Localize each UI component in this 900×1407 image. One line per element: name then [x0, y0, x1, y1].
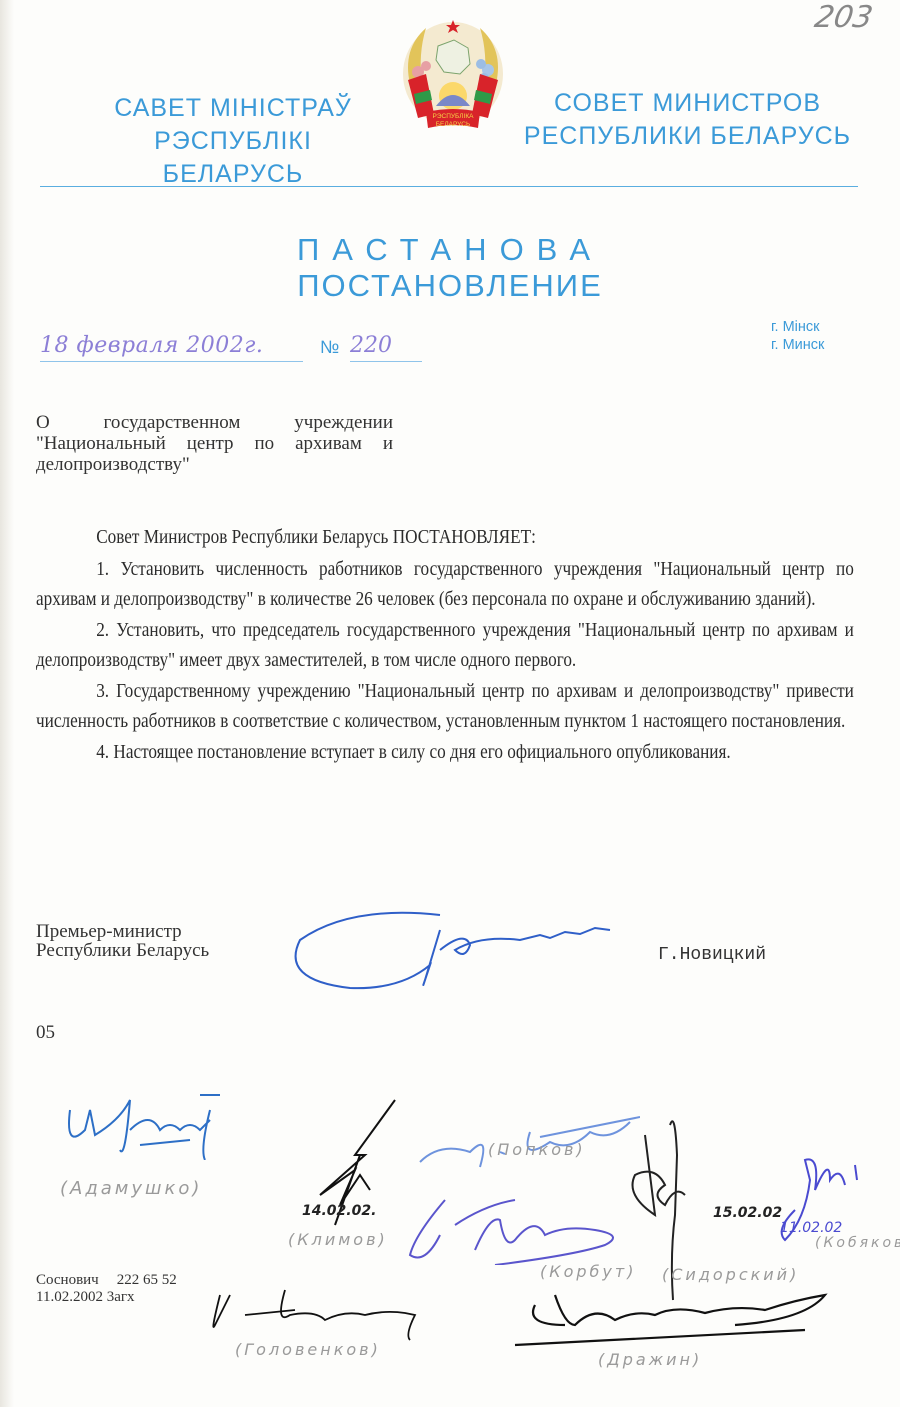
- document-subject: О государственном учреждении "Национальн…: [36, 412, 393, 475]
- svg-text:РЭСПУБЛІКА: РЭСПУБЛІКА: [433, 113, 475, 120]
- doc-type-russian: ПОСТАНОВЛЕНИЕ: [240, 268, 660, 304]
- visa-name-drazhin: (Дражин): [598, 1350, 702, 1369]
- visa-signature-golovenkov: [205, 1285, 485, 1345]
- visa-date-kobyakov: 11.02.02: [780, 1220, 842, 1236]
- scan-page-edge: [0, 0, 14, 1407]
- executor-block: Соснович222 65 52 11.02.2002 3агх: [36, 1272, 177, 1306]
- signatory-title: Премьер-министр Республики Беларусь: [36, 922, 209, 960]
- body-preamble: Совет Министров Республики Беларусь ПОСТ…: [36, 522, 854, 553]
- archive-page-number: 203: [812, 0, 875, 35]
- letterhead-ru-line1: СОВЕТ МИНИСТРОВ: [515, 87, 860, 120]
- letterhead-divider: [40, 186, 858, 187]
- executor-name: Соснович: [36, 1272, 99, 1288]
- signatory-title-line2: Республики Беларусь: [36, 941, 209, 960]
- executor-date-code: 11.02.2002 3агх: [36, 1289, 177, 1306]
- letterhead-belarusian: САВЕТ МІНІСТРАЎ РЭСПУБЛІКІ БЕЛАРУСЬ: [88, 92, 378, 191]
- letterhead-by-line1: САВЕТ МІНІСТРАЎ: [88, 92, 378, 125]
- visa-name-kobyakov: (Кобяков): [815, 1235, 900, 1251]
- visa-signature-korbut: [395, 1195, 635, 1265]
- city-ru: г. Минск: [771, 336, 824, 354]
- letterhead-russian: СОВЕТ МИНИСТРОВ РЕСПУБЛИКИ БЕЛАРУСЬ: [515, 87, 860, 153]
- letterhead-ru-line2: РЕСПУБЛИКИ БЕЛАРУСЬ: [515, 120, 860, 153]
- body-item-2: 2. Установить, что председатель государс…: [36, 615, 854, 676]
- svg-text:БЕЛАРУСЬ: БЕЛАРУСЬ: [436, 121, 470, 128]
- document-body: Совет Министров Республики Беларусь ПОСТ…: [36, 522, 739, 767]
- body-item-1: 1. Установить численность работников гос…: [36, 554, 854, 615]
- visa-name-klimov: (Климов): [288, 1230, 388, 1249]
- visa-date-klimov: 14.02.02.: [302, 1203, 376, 1219]
- visa-name-popkov: (Попков): [488, 1140, 586, 1159]
- body-item-4: 4. Настоящее постановление вступает в си…: [36, 737, 854, 768]
- signatory-title-line1: Премьер-министр: [36, 922, 209, 941]
- body-item-3: 3. Государственному учреждению "Национал…: [36, 676, 854, 737]
- number-label: №: [320, 337, 339, 358]
- executor-line1: Соснович222 65 52: [36, 1272, 177, 1289]
- letterhead-by-line2: РЭСПУБЛІКІ БЕЛАРУСЬ: [88, 125, 378, 191]
- visa-name-adamushko: (Адамушко): [60, 1178, 202, 1199]
- visa-name-sidorsky: (Сидорский): [662, 1265, 799, 1284]
- state-emblem-icon: РЭСПУБЛІКА БЕЛАРУСЬ: [396, 14, 510, 132]
- city-by: г. Мінск: [771, 318, 824, 336]
- visa-signature-adamushko: [60, 1090, 240, 1160]
- document-date: 18 февраля 2002г.: [40, 333, 303, 362]
- city-block: г. Мінск г. Минск: [771, 318, 824, 354]
- document-number: 220: [350, 333, 422, 362]
- document-code: 05: [36, 1022, 55, 1044]
- signatory-name: Г.Новицкий: [658, 945, 766, 965]
- visa-name-golovenkov: (Головенков): [235, 1340, 381, 1359]
- executor-phone: 222 65 52: [117, 1272, 177, 1288]
- prime-minister-signature: [290, 910, 620, 1000]
- doc-type-belarusian: ПАСТАНОВА: [240, 232, 660, 268]
